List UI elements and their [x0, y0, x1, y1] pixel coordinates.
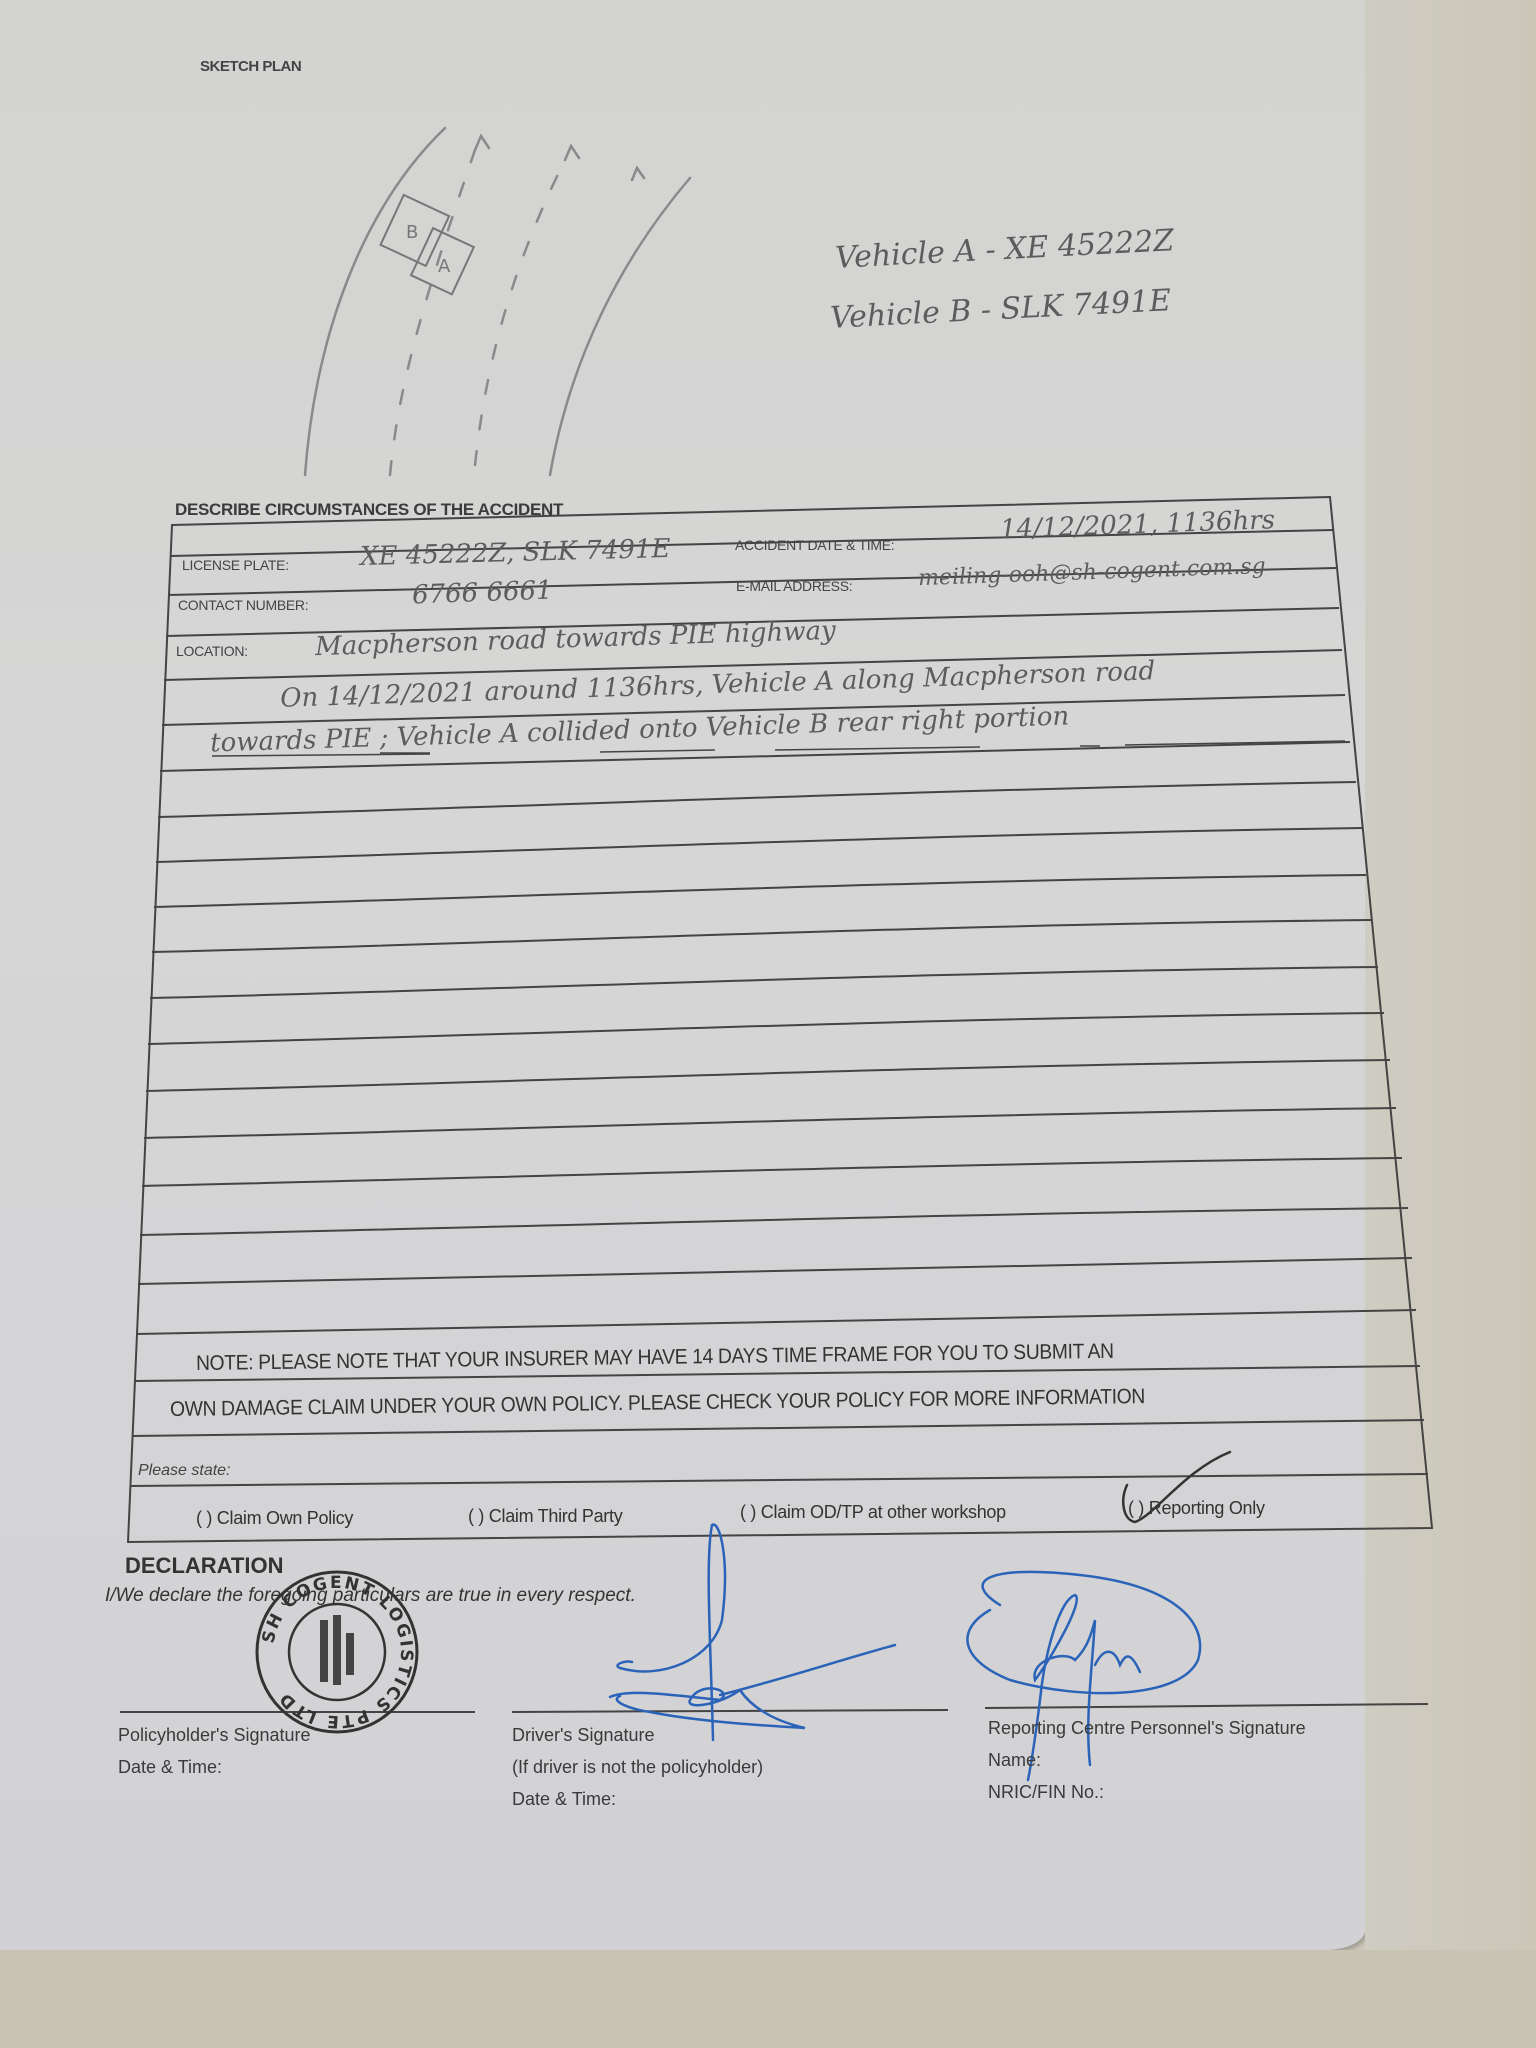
- svg-text:B: B: [406, 222, 418, 243]
- form-title: DESCRIBE CIRCUMSTANCES OF THE ACCIDENT: [175, 500, 563, 520]
- road-sketch-drawing: B A: [280, 110, 740, 490]
- location-label: LOCATION:: [176, 643, 248, 659]
- policyholder-signature-label: Policyholder's Signature: [118, 1725, 311, 1746]
- driver-date-time-label: Date & Time:: [512, 1789, 616, 1810]
- sketch-plan-title: SKETCH PLAN: [200, 58, 301, 75]
- accident-date-time-label: ACCIDENT DATE & TIME:: [735, 537, 894, 553]
- desk-background: [1365, 0, 1536, 2048]
- email-address-label: E-MAIL ADDRESS:: [736, 578, 852, 594]
- reporting-centre-signature-label: Reporting Centre Personnel's Signature: [988, 1718, 1306, 1739]
- desk-background-bottom: [0, 1950, 1536, 2048]
- driver-signature-note: (If driver is not the policyholder): [512, 1757, 763, 1778]
- claim-od-tp-other-workshop-option[interactable]: ( ) Claim OD/TP at other workshop: [740, 1502, 1006, 1523]
- reporting-centre-name-label: Name:: [988, 1750, 1041, 1771]
- check-mark-icon: [1115, 1440, 1255, 1530]
- contact-number-value[interactable]: 6766 6661: [412, 576, 554, 611]
- svg-text:A: A: [438, 256, 451, 277]
- policyholder-date-time-label: Date & Time:: [118, 1757, 222, 1778]
- claim-third-party-option[interactable]: ( ) Claim Third Party: [468, 1506, 622, 1527]
- please-state-label: Please state:: [138, 1462, 231, 1480]
- contact-number-label: CONTACT NUMBER:: [178, 597, 308, 613]
- license-plate-label: LICENSE PLATE:: [182, 557, 289, 573]
- claim-own-policy-option[interactable]: ( ) Claim Own Policy: [196, 1508, 353, 1529]
- driver-signature-label: Driver's Signature: [512, 1725, 655, 1746]
- reporting-centre-nric-label: NRIC/FIN No.:: [988, 1782, 1104, 1803]
- company-stamp: SH COGENT LOGISTICS PTE LTD: [250, 1565, 425, 1740]
